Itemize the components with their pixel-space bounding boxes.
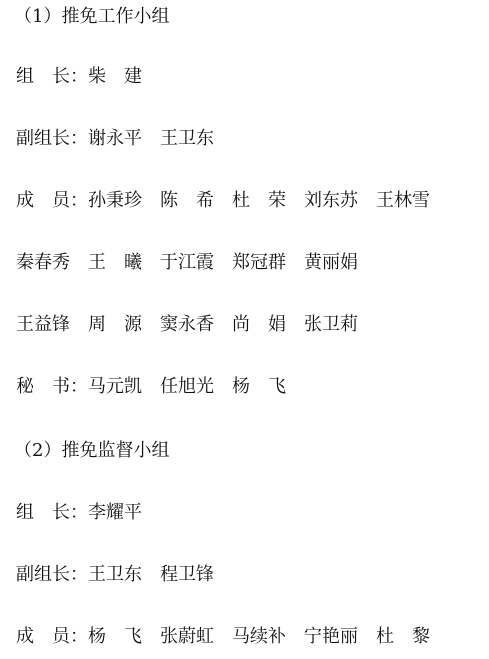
work-group-leader-line: 组 长：柴 建 bbox=[16, 66, 142, 88]
work-group-members-line-1: 成 员：孙秉珍 陈 希 杜 荣 刘东苏 王林雪 bbox=[16, 190, 430, 212]
supervision-group-deputy-leader-line: 副组长：王卫东 程卫锋 bbox=[16, 564, 214, 586]
work-group-deputy-leader-line: 副组长：谢永平 王卫东 bbox=[16, 128, 214, 150]
section-heading-work-group: （1）推免工作小组 bbox=[14, 6, 169, 28]
work-group-members-line-2: 秦春秀 王 曦 于江霞 郑冠群 黄丽娟 bbox=[16, 252, 358, 274]
section-heading-supervision-group: （2）推免监督小组 bbox=[14, 440, 169, 462]
supervision-group-leader-line: 组 长：李耀平 bbox=[16, 502, 142, 524]
work-group-secretary-line: 秘 书：马元凯 任旭光 杨 飞 bbox=[16, 376, 286, 398]
supervision-group-members-line: 成 员：杨 飞 张蔚虹 马续补 宁艳丽 杜 黎 bbox=[16, 626, 430, 648]
work-group-members-line-3: 王益锋 周 源 窦永香 尚 娟 张卫莉 bbox=[16, 314, 358, 336]
